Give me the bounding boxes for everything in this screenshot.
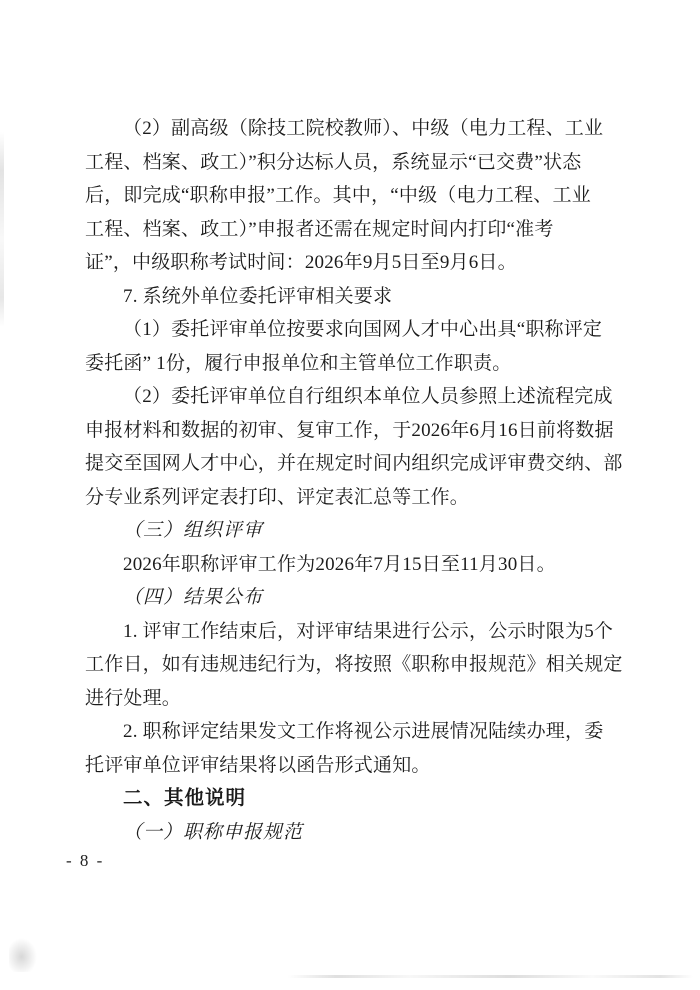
page-number: - 8 -: [66, 851, 104, 871]
para-line: 1. 评审工作结束后，对评审结果进行公示，公示时限为5个: [85, 615, 625, 649]
para-line: 委托函” 1份，履行申报单位和主管单位工作职责。: [85, 347, 625, 381]
para-line: 工作日，如有违规违纪行为，将按照《职称申报规范》相关规定: [85, 648, 625, 682]
para-line: 2. 职称评定结果发文工作将视公示进展情况陆续办理，委: [85, 715, 625, 749]
scan-edge-artifact: [0, 132, 4, 327]
para-line: 后，即完成“职称申报”工作。其中，“中级（电力工程、工业: [85, 179, 625, 213]
chapter-2-heading: 二、其他说明: [85, 782, 625, 816]
para-line: 工程、档案、政工）”积分达标人员，系统显示“已交费”状态: [85, 146, 625, 180]
para-line: 2026年职称评审工作为2026年7月15日至11月30日。: [85, 548, 625, 582]
para-line: （1）委托评审单位按要求向国网人才中心出具“职称评定: [85, 313, 625, 347]
scan-streak-artifact: [288, 975, 693, 978]
document-body: （2）副高级（除技工院校教师）、中级（电力工程、工业 工程、档案、政工）”积分达…: [85, 112, 625, 849]
para-line: （2）委托评审单位自行组织本单位人员参照上述流程完成: [85, 380, 625, 414]
para-line: 托评审单位评审结果将以函告形式通知。: [85, 749, 625, 783]
subsection-1-heading: （一）职称申报规范: [85, 816, 625, 850]
para-line: 提交至国网人才中心，并在规定时间内组织完成评审费交纳、部: [85, 447, 625, 481]
document-page: （2）副高级（除技工院校教师）、中级（电力工程、工业 工程、档案、政工）”积分达…: [0, 0, 700, 990]
para-line: （2）副高级（除技工院校教师）、中级（电力工程、工业: [85, 112, 625, 146]
para-line: 证”，中级职称考试时间：2026年9月5日至9月6日。: [85, 246, 625, 280]
para-line: 工程、档案、政工）”申报者还需在规定时间内打印“准考: [85, 213, 625, 247]
item-7-heading: 7. 系统外单位委托评审相关要求: [85, 280, 625, 314]
section-3-heading: （三）组织评审: [85, 514, 625, 548]
section-4-heading: （四）结果公布: [85, 581, 625, 615]
scan-smudge-artifact: [9, 938, 37, 972]
para-line: 进行处理。: [85, 682, 625, 716]
para-line: 申报材料和数据的初审、复审工作，于2026年6月16日前将数据: [85, 414, 625, 448]
para-line: 分专业系列评定表打印、评定表汇总等工作。: [85, 481, 625, 515]
